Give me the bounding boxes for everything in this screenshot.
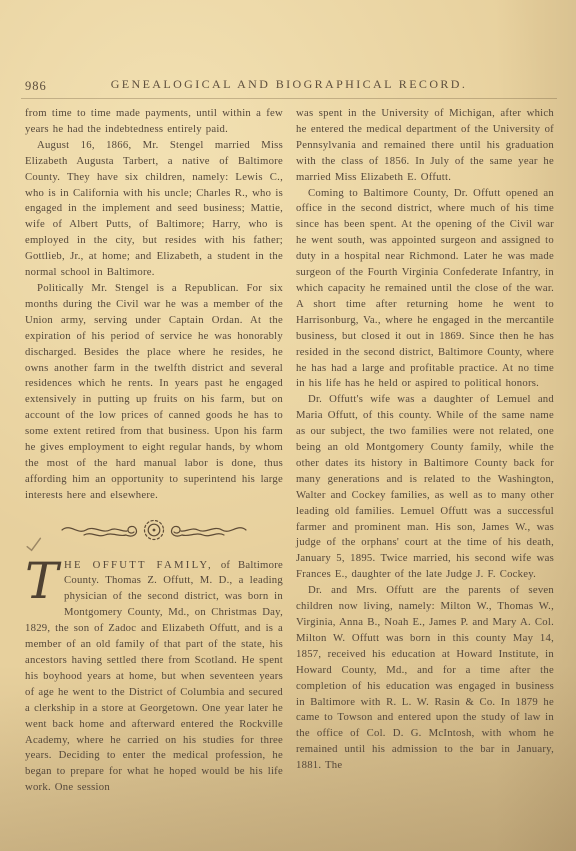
section-opening-text: of Baltimore County. Thomas Z. Offutt, M… xyxy=(25,559,283,794)
running-title: GENEALOGICAL AND BIOGRAPHICAL RECORD. xyxy=(25,77,553,92)
paragraph-offutt-practice: Coming to Baltimore County, Dr. Offutt o… xyxy=(296,186,554,393)
left-column: from time to time made payments, until w… xyxy=(25,106,283,837)
paragraph-offutt-wife-family: Dr. Offutt's wife was a daughter of Lemu… xyxy=(296,392,554,583)
header-rule xyxy=(21,98,557,99)
drop-cap-initial: T xyxy=(25,561,59,607)
section-lead-in: HE OFFUTT FAMILY, xyxy=(64,559,213,571)
paragraph-offutt-education: was spent in the University of Michigan,… xyxy=(296,106,554,186)
paragraph-stengel-debt: from time to time made payments, until w… xyxy=(25,106,283,138)
book-page: 986 GENEALOGICAL AND BIOGRAPHICAL RECORD… xyxy=(0,0,576,851)
page-number: 986 xyxy=(25,79,47,94)
paragraph-stengel-politics: Politically Mr. Stengel is a Republican.… xyxy=(25,281,283,504)
text-columns: from time to time made payments, until w… xyxy=(25,106,554,837)
offutt-family-paragraph: THE OFFUTT FAMILY, of Baltimore County. … xyxy=(25,558,283,797)
page-header: 986 GENEALOGICAL AND BIOGRAPHICAL RECORD… xyxy=(25,77,553,94)
right-column: was spent in the University of Michigan,… xyxy=(296,106,554,837)
paragraph-stengel-marriage: August 16, 1866, Mr. Stengel married Mis… xyxy=(25,138,283,281)
paragraph-offutt-children: Dr. and Mrs. Offutt are the parents of s… xyxy=(296,583,554,774)
section-divider-ornament xyxy=(25,513,283,553)
